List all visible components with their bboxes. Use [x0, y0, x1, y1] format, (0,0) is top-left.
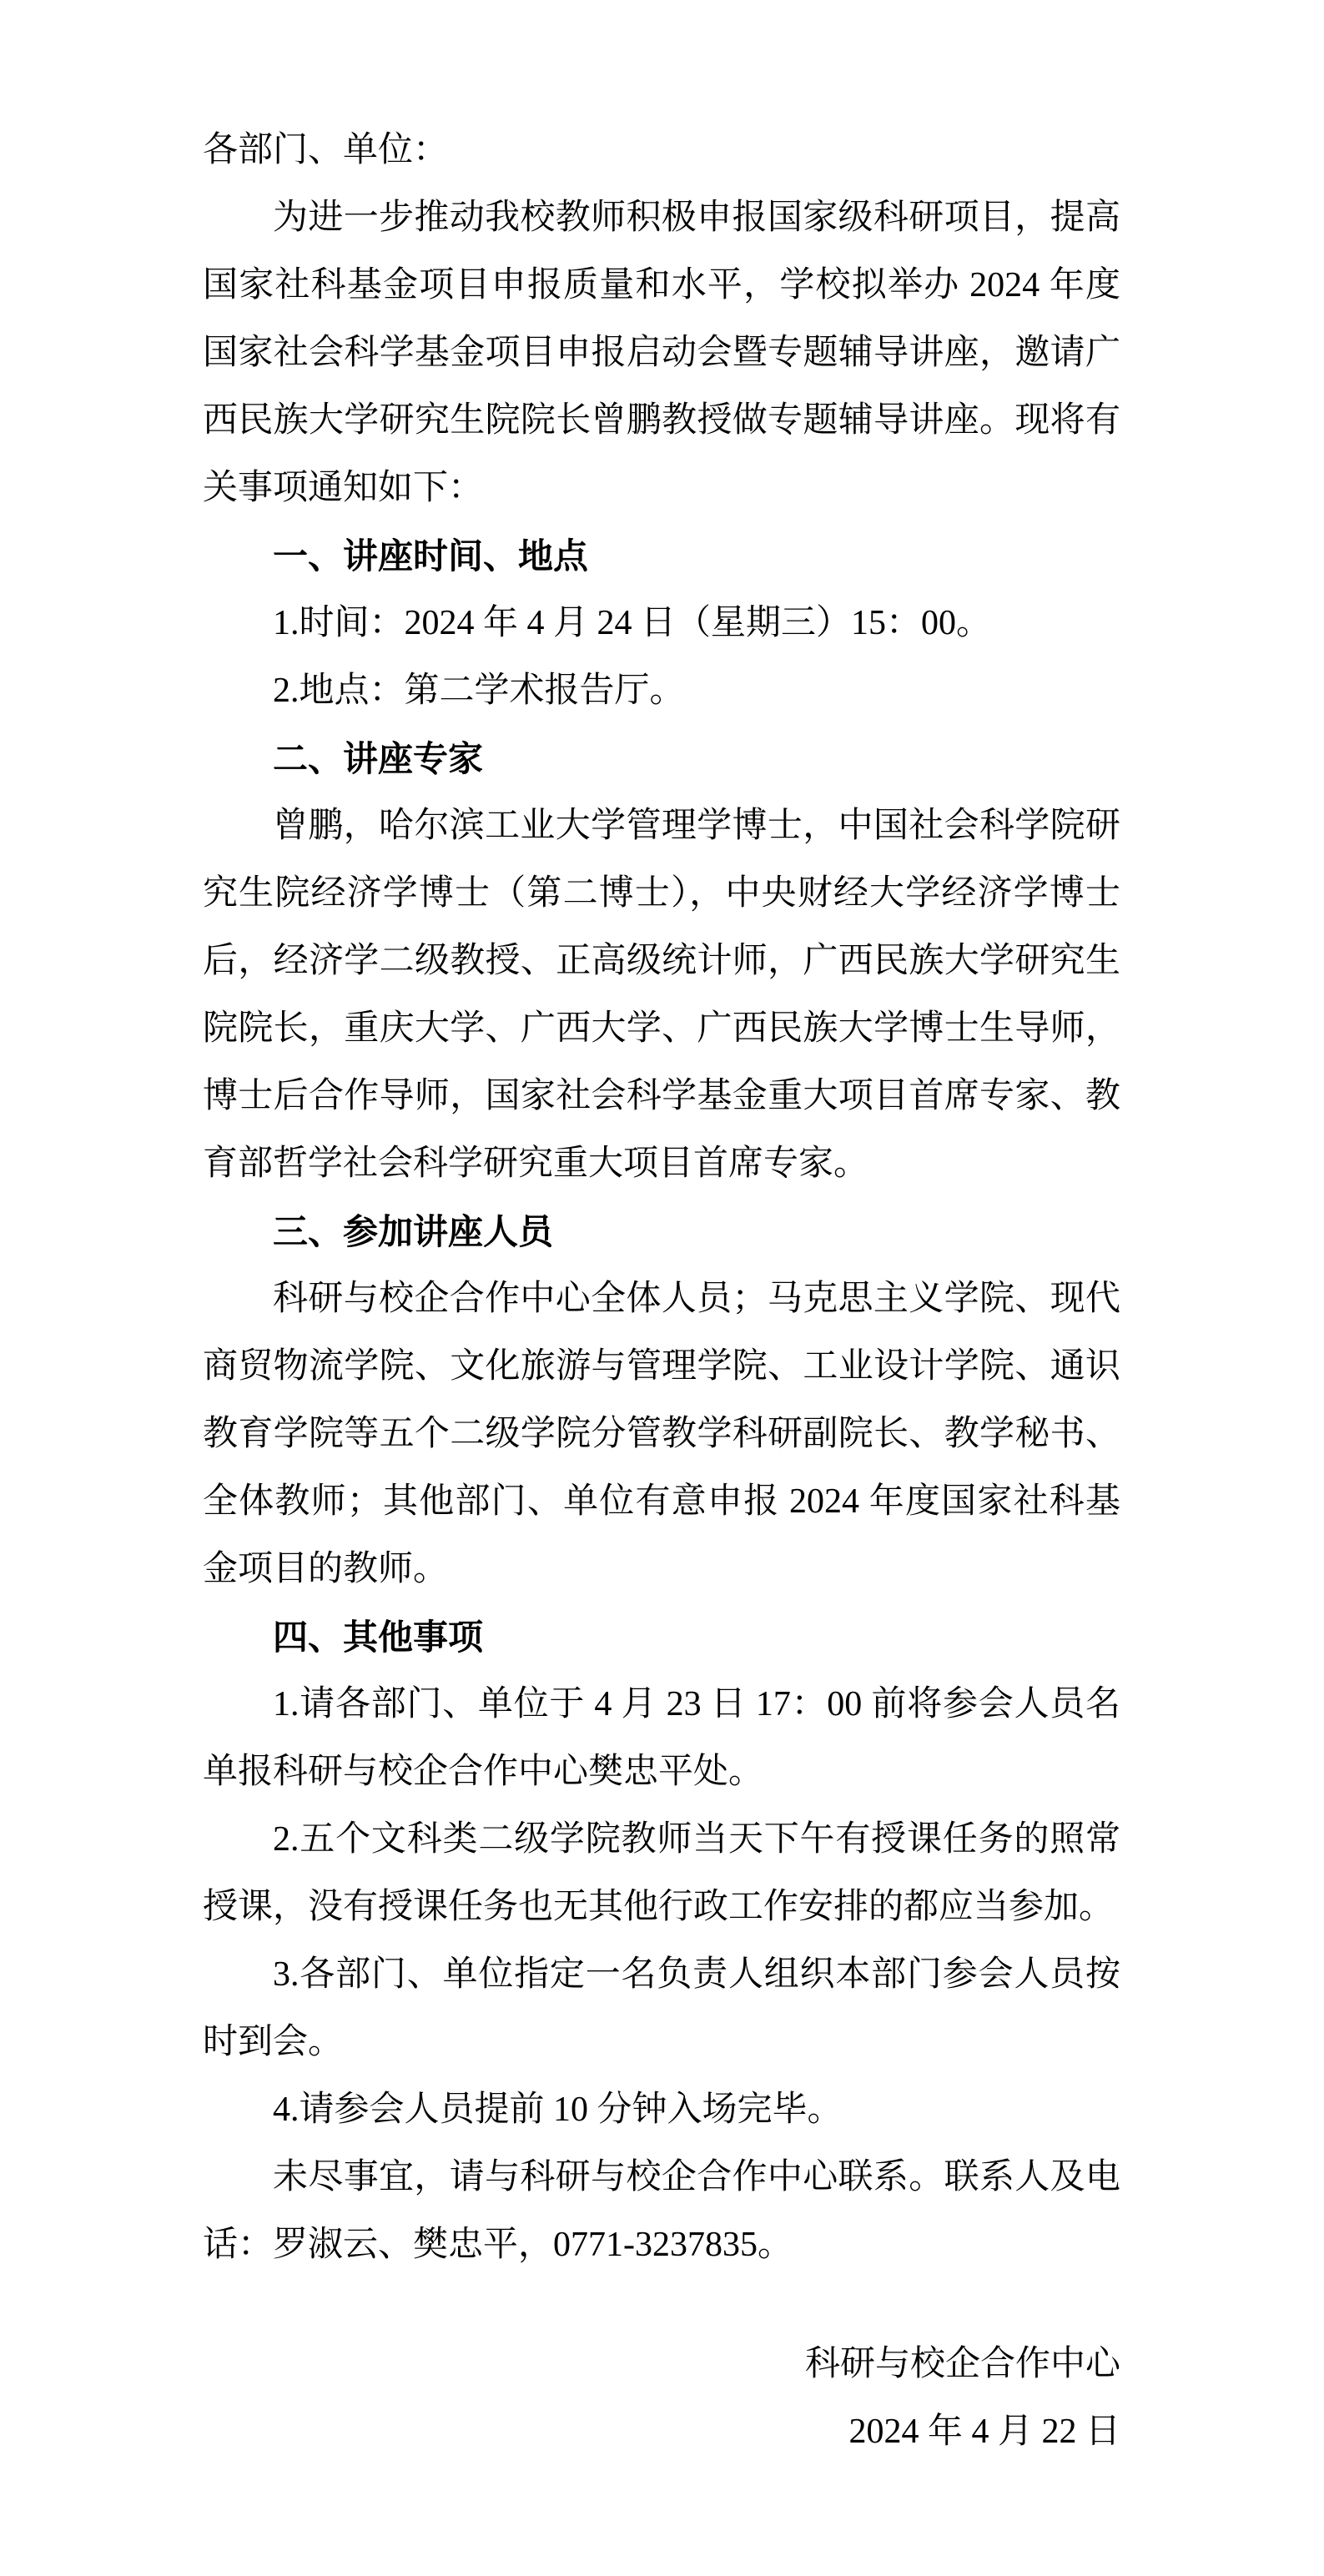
- section1-heading: 一、讲座时间、地点: [203, 522, 1120, 590]
- salutation-line: 各部门、单位：: [203, 117, 1120, 184]
- section4-heading: 四、其他事项: [203, 1603, 1120, 1671]
- notice-body: 各部门、单位： 为进一步推动我校教师积极申报国家级科研项目，提高国家社科基金项目…: [203, 117, 1120, 2466]
- section1-item-place: 2.地点：第二学术报告厅。: [203, 657, 1120, 725]
- section4-item-2: 2.五个文科类二级学院教师当天下午有授课任务的照常授课，没有授课任务也无其他行政…: [203, 1806, 1120, 1941]
- section1-item-time: 1.时间：2024 年 4 月 24 日（星期三）15：00。: [203, 590, 1120, 657]
- section3-heading: 三、参加讲座人员: [203, 1198, 1120, 1265]
- signature-date: 2024 年 4 月 22 日: [203, 2398, 1120, 2466]
- signature-block: 科研与校企合作中心 2024 年 4 月 22 日: [203, 2331, 1120, 2466]
- section3-body: 科研与校企合作中心全体人员；马克思主义学院、现代商贸物流学院、文化旅游与管理学院…: [203, 1265, 1120, 1603]
- intro-paragraph: 为进一步推动我校教师积极申报国家级科研项目，提高国家社科基金项目申报质量和水平，…: [203, 184, 1120, 522]
- section2-body: 曾鹏，哈尔滨工业大学管理学博士，中国社会科学院研究生院经济学博士（第二博士），中…: [203, 792, 1120, 1198]
- section4-item-1: 1.请各部门、单位于 4 月 23 日 17：00 前将参会人员名单报科研与校企…: [203, 1671, 1120, 1806]
- signature-organization: 科研与校企合作中心: [203, 2331, 1120, 2398]
- closing-paragraph: 未尽事宜，请与科研与校企合作中心联系。联系人及电话：罗淑云、樊忠平，0771-3…: [203, 2144, 1120, 2279]
- section4-item-3: 3.各部门、单位指定一名负责人组织本部门参会人员按时到会。: [203, 1941, 1120, 2076]
- section4-item-4: 4.请参会人员提前 10 分钟入场完毕。: [203, 2076, 1120, 2144]
- notice-page: 各部门、单位： 为进一步推动我校教师积极申报国家级科研项目，提高国家社科基金项目…: [0, 0, 1324, 2576]
- section2-heading: 二、讲座专家: [203, 725, 1120, 792]
